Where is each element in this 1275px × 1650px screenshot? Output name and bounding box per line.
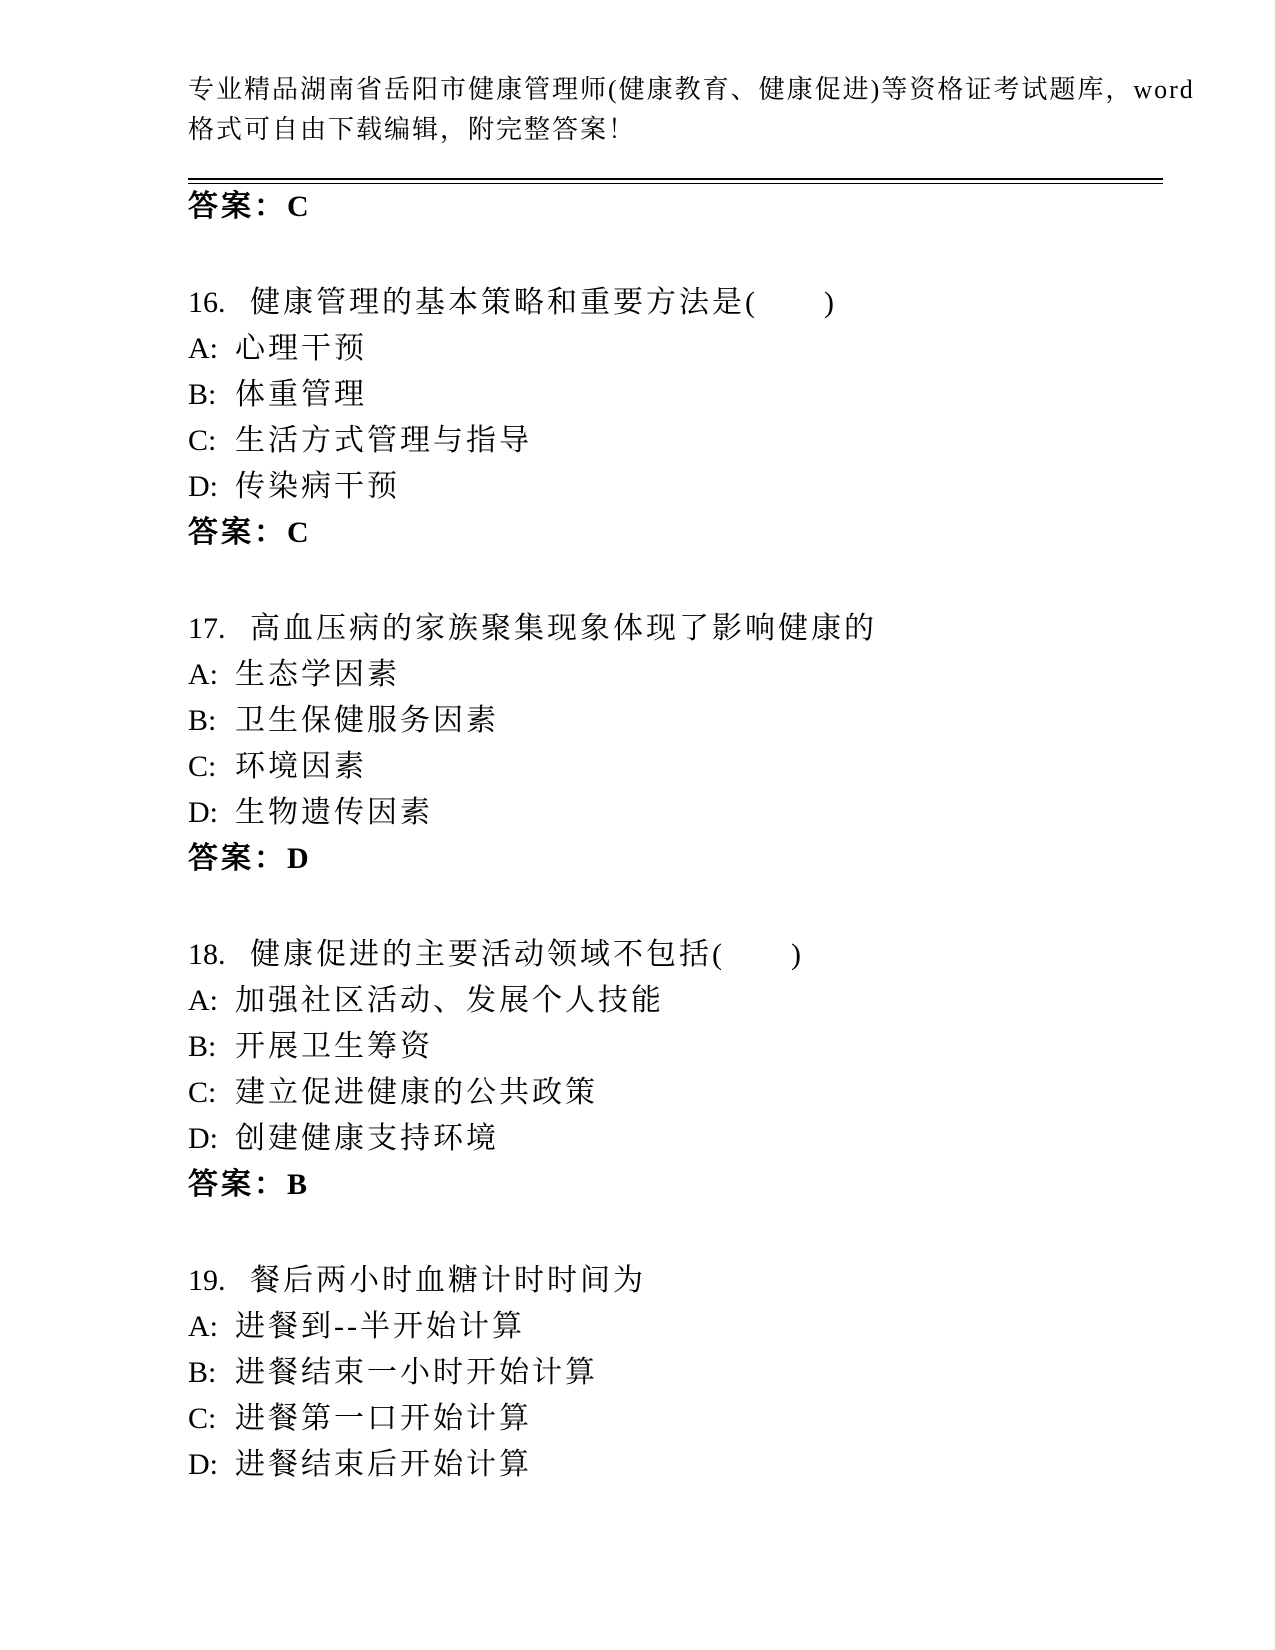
option-label: A:	[188, 326, 235, 372]
answer-value: C	[287, 516, 312, 549]
option-label: B:	[188, 372, 235, 418]
page-header-notice: 专业精品湖南省岳阳市健康管理师(健康教育、健康促进)等资格证考试题库，word …	[188, 70, 1163, 150]
option-text: 进餐结束后开始计算	[235, 1448, 532, 1481]
question-16: 16.健康管理的基本策略和重要方法是( ) A:心理干预 B:体重管理 C:生活…	[188, 280, 1163, 556]
answer-line-previous-question: 答案：C	[188, 184, 1163, 230]
option-label: B:	[188, 1350, 235, 1396]
question-title: 17.高血压病的家族聚集现象体现了影响健康的	[188, 606, 1163, 652]
question-number: 16.	[188, 280, 250, 326]
option-label: D:	[188, 790, 235, 836]
option-b: B:开展卫生筹资	[188, 1024, 1163, 1070]
option-b: B:卫生保健服务因素	[188, 698, 1163, 744]
answer-label: 答案：	[188, 842, 287, 875]
option-b: B:体重管理	[188, 372, 1163, 418]
question-18: 18.健康促进的主要活动领域不包括( ) A:加强社区活动、发展个人技能 B:开…	[188, 932, 1163, 1208]
option-label: A:	[188, 978, 235, 1024]
question-title-text: 健康促进的主要活动领域不包括( )	[250, 938, 804, 971]
option-a: A:心理干预	[188, 326, 1163, 372]
option-d: D:创建健康支持环境	[188, 1116, 1163, 1162]
answer-line: 答案：D	[188, 836, 1163, 882]
option-a: A:生态学因素	[188, 652, 1163, 698]
option-c: C:建立促进健康的公共政策	[188, 1070, 1163, 1116]
option-label: C:	[188, 1396, 235, 1442]
option-label: D:	[188, 1442, 235, 1488]
option-d: D:生物遗传因素	[188, 790, 1163, 836]
option-text: 生态学因素	[235, 658, 400, 691]
document-page: 专业精品湖南省岳阳市健康管理师(健康教育、健康促进)等资格证考试题库，word …	[0, 0, 1275, 1650]
option-label: D:	[188, 1116, 235, 1162]
option-b: B:进餐结束一小时开始计算	[188, 1350, 1163, 1396]
answer-value: D	[287, 842, 312, 875]
answer-line: 答案：B	[188, 1162, 1163, 1208]
option-text: 生物遗传因素	[235, 796, 433, 829]
answer-value: B	[287, 1168, 310, 1201]
option-label: B:	[188, 698, 235, 744]
option-d: D:传染病干预	[188, 464, 1163, 510]
option-text: 开展卫生筹资	[235, 1030, 433, 1063]
header-line-2: 格式可自由下载编辑，附完整答案！	[188, 110, 1163, 150]
answer-value: C	[287, 190, 312, 223]
option-c: C:进餐第一口开始计算	[188, 1396, 1163, 1442]
answer-label: 答案：	[188, 190, 287, 223]
header-line-1: 专业精品湖南省岳阳市健康管理师(健康教育、健康促进)等资格证考试题库，word	[188, 70, 1163, 110]
question-title-text: 餐后两小时血糖计时时间为	[250, 1264, 646, 1297]
option-label: B:	[188, 1024, 235, 1070]
option-text: 加强社区活动、发展个人技能	[235, 984, 664, 1017]
question-title-text: 健康管理的基本策略和重要方法是( )	[250, 286, 837, 319]
question-title-text: 高血压病的家族聚集现象体现了影响健康的	[250, 612, 877, 645]
option-d: D:进餐结束后开始计算	[188, 1442, 1163, 1488]
question-title: 19.餐后两小时血糖计时时间为	[188, 1258, 1163, 1304]
option-text: 心理干预	[235, 332, 367, 365]
option-text: 卫生保健服务因素	[235, 704, 499, 737]
answer-label: 答案：	[188, 516, 287, 549]
question-number: 19.	[188, 1258, 250, 1304]
option-a: A:进餐到--半开始计算	[188, 1304, 1163, 1350]
option-text: 进餐第一口开始计算	[235, 1402, 532, 1435]
answer-label: 答案：	[188, 1168, 287, 1201]
question-number: 18.	[188, 932, 250, 978]
option-text: 进餐结束一小时开始计算	[235, 1356, 598, 1389]
option-text: 传染病干预	[235, 470, 400, 503]
option-label: C:	[188, 1070, 235, 1116]
option-text: 环境因素	[235, 750, 367, 783]
option-a: A:加强社区活动、发展个人技能	[188, 978, 1163, 1024]
answer-line: 答案：C	[188, 510, 1163, 556]
option-text: 创建健康支持环境	[235, 1122, 499, 1155]
question-title: 16.健康管理的基本策略和重要方法是( )	[188, 280, 1163, 326]
question-19: 19.餐后两小时血糖计时时间为 A:进餐到--半开始计算 B:进餐结束一小时开始…	[188, 1258, 1163, 1488]
question-title: 18.健康促进的主要活动领域不包括( )	[188, 932, 1163, 978]
option-text: 体重管理	[235, 378, 367, 411]
option-c: C:环境因素	[188, 744, 1163, 790]
option-c: C:生活方式管理与指导	[188, 418, 1163, 464]
option-label: C:	[188, 418, 235, 464]
option-label: A:	[188, 1304, 235, 1350]
exam-content: 答案：C 16.健康管理的基本策略和重要方法是( ) A:心理干预 B:体重管理…	[188, 184, 1163, 1488]
option-text: 进餐到--半开始计算	[235, 1310, 525, 1343]
option-label: A:	[188, 652, 235, 698]
option-label: C:	[188, 744, 235, 790]
option-text: 建立促进健康的公共政策	[235, 1076, 598, 1109]
option-text: 生活方式管理与指导	[235, 424, 532, 457]
option-label: D:	[188, 464, 235, 510]
question-number: 17.	[188, 606, 250, 652]
question-17: 17.高血压病的家族聚集现象体现了影响健康的 A:生态学因素 B:卫生保健服务因…	[188, 606, 1163, 882]
